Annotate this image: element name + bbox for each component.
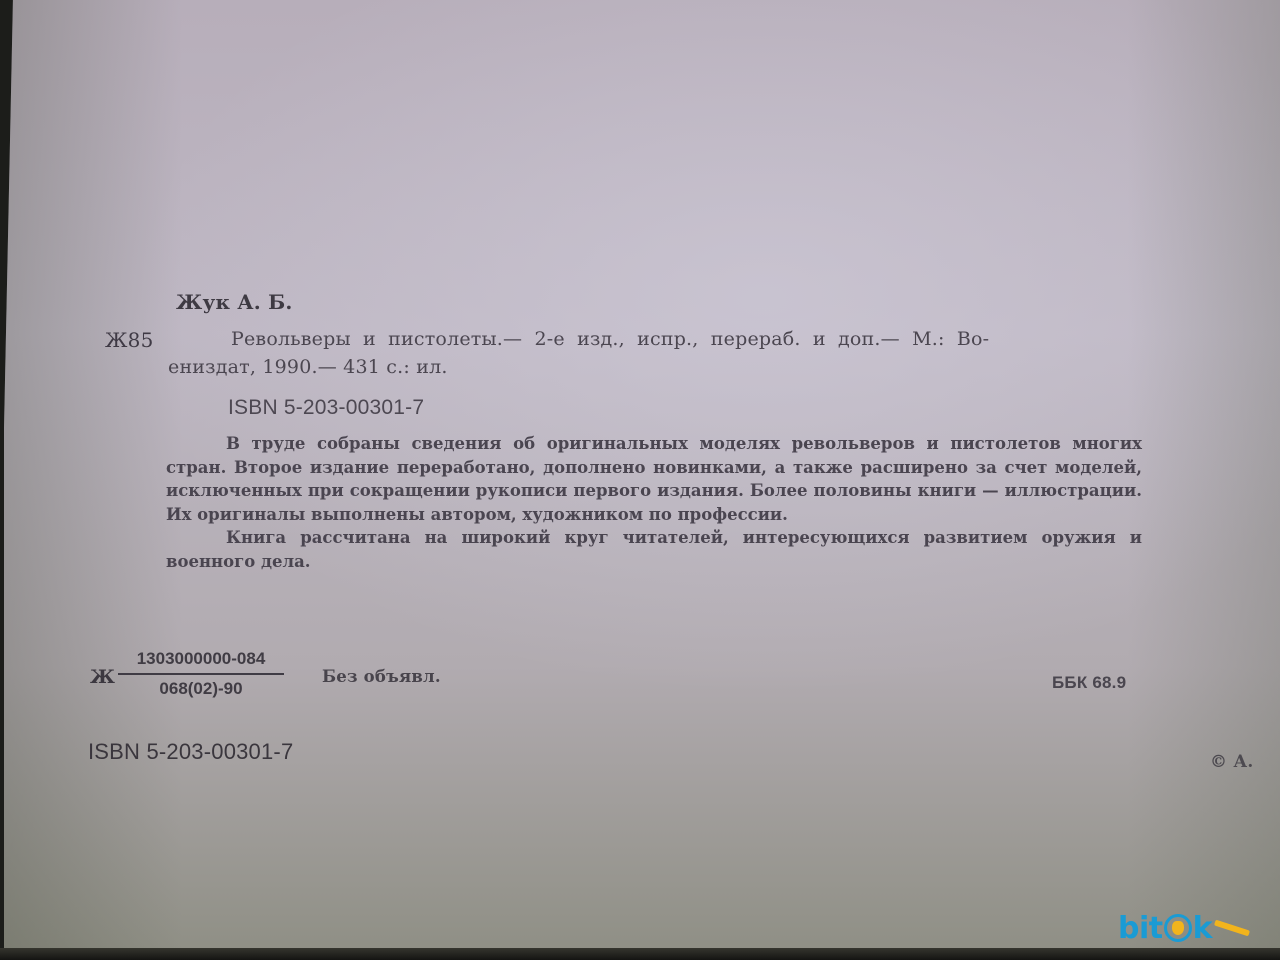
isbn-top: ISBN 5-203-00301-7	[228, 396, 424, 420]
gavel-icon	[1214, 920, 1250, 937]
bbk-code: ББК 68.9	[1052, 673, 1126, 693]
bibliographic-line-2: ениздат, 1990.— 431 с.: ил.	[168, 356, 448, 378]
abstract: В труде собраны сведения об оригинальных…	[166, 432, 1142, 573]
index-denominator: 068(02)-90	[118, 678, 284, 700]
page-shadow	[0, 948, 1280, 960]
copyright-notice: © А.	[1210, 752, 1253, 772]
isbn-bottom: ISBN 5-203-00301-7	[88, 739, 293, 765]
index-letter: Ж	[90, 666, 115, 688]
index-numerator: 1303000000-084	[118, 648, 284, 670]
logo-text-bit: bit	[1118, 911, 1163, 946]
publication-index-fraction: 1303000000-084 068(02)-90	[118, 648, 284, 700]
price-note: Без объявл.	[322, 667, 441, 686]
classification-code: Ж85	[105, 328, 154, 352]
abstract-paragraph-2: Книга рассчитана на широкий круг читател…	[166, 526, 1142, 573]
logo-text-k: k	[1193, 911, 1212, 946]
author-name: Жук А. Б.	[176, 290, 293, 314]
watermark-logo: bitk	[1118, 910, 1250, 946]
ok-hand-icon	[1164, 914, 1192, 942]
fraction-bar	[118, 673, 284, 675]
bibliographic-line-1: Револьверы и пистолеты.— 2-е изд., испр.…	[231, 328, 989, 350]
abstract-paragraph-1: В труде собраны сведения об оригинальных…	[166, 432, 1142, 526]
